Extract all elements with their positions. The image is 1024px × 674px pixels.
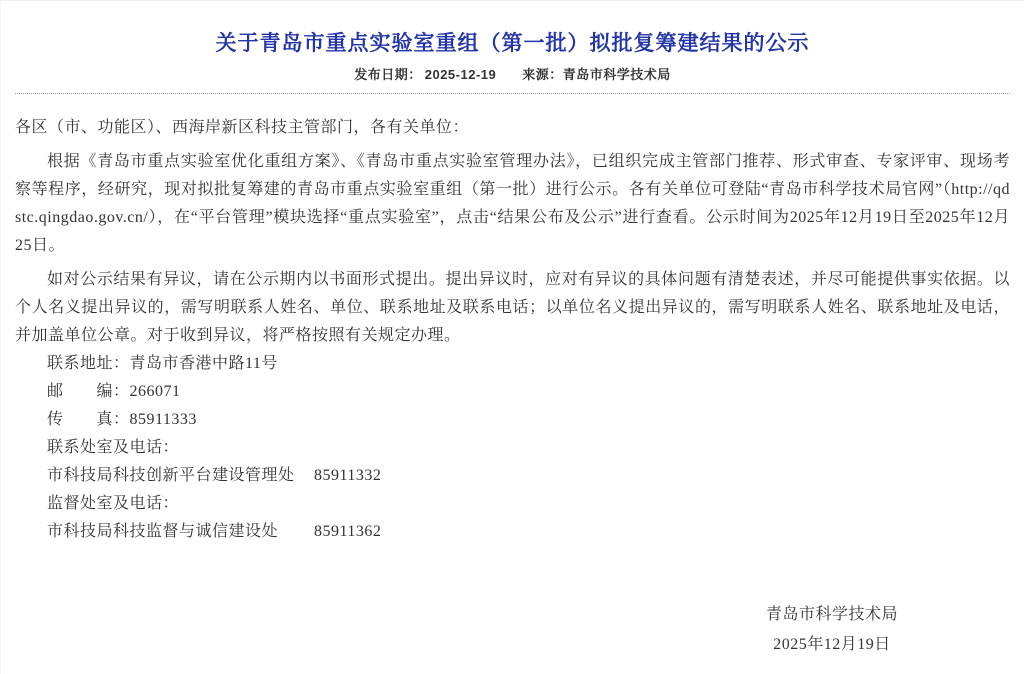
contact-block: 联系地址：青岛市香港中路11号 邮 编：266071 传 真：85911333 … <box>15 350 1010 546</box>
signature-org: 青岛市科学技术局 <box>766 601 898 629</box>
supervision-dept-name: 市科技局科技监督与诚信建设处 <box>47 518 314 546</box>
supervision-dept-row: 市科技局科技监督与诚信建设处85911362 <box>15 518 1010 546</box>
document-meta: 发布日期：2025-12-19来源：青岛市科学技术局 <box>1 64 1024 83</box>
source-label: 来源： <box>522 67 563 82</box>
publish-date-value: 2025-12-19 <box>425 67 497 82</box>
paragraph-objection: 如对公示结果有异议，请在公示期内以书面形式提出。提出异议时，应对有异议的具体问题… <box>15 266 1010 350</box>
source-group: 来源：青岛市科学技术局 <box>522 67 671 82</box>
source-value: 青岛市科学技术局 <box>563 67 671 82</box>
publish-date-label: 发布日期： <box>354 67 422 82</box>
postal-code: 邮 编：266071 <box>15 378 1010 406</box>
contact-dept-name: 市科技局科技创新平台建设管理处 <box>47 462 314 490</box>
document-title: 关于青岛市重点实验室重组（第一批）拟批复筹建结果的公示 <box>1 31 1024 57</box>
paragraph-notice-text-before: 根据《青岛市重点实验室优化重组方案》、《青岛市重点实验室管理办法》，已组织完成主… <box>15 153 1010 198</box>
page-header: 关于青岛市重点实验室重组（第一批）拟批复筹建结果的公示 发布日期：2025-12… <box>1 1 1024 83</box>
signature-inner: 青岛市科学技术局 2025年12月19日 <box>766 601 898 659</box>
paragraph-notice: 根据《青岛市重点实验室优化重组方案》、《青岛市重点实验室管理办法》，已组织完成主… <box>15 148 1010 260</box>
fax-number: 传 真：85911333 <box>15 406 1010 434</box>
paragraph-notice-text-after: ），在“平台管理”模块选择“重点实验室”，点击“结果公布及公示”进行查看。公示时… <box>15 209 1010 254</box>
announcement-page: 关于青岛市重点实验室重组（第一批）拟批复筹建结果的公示 发布日期：2025-12… <box>0 0 1024 674</box>
contact-dept-heading: 联系处室及电话： <box>15 434 1010 462</box>
supervision-dept-phone: 85911362 <box>314 523 381 540</box>
contact-dept-phone: 85911332 <box>314 467 381 484</box>
contact-address: 联系地址：青岛市香港中路11号 <box>15 350 1010 378</box>
greeting-line: 各区（市、功能区）、西海岸新区科技主管部门，各有关单位： <box>15 114 1010 142</box>
signature-block: 青岛市科学技术局 2025年12月19日 <box>15 601 1010 659</box>
document-body: 各区（市、功能区）、西海岸新区科技主管部门，各有关单位： 根据《青岛市重点实验室… <box>15 114 1010 659</box>
dotted-divider <box>15 93 1010 94</box>
signature-date: 2025年12月19日 <box>766 631 898 659</box>
contact-dept-row: 市科技局科技创新平台建设管理处85911332 <box>15 462 1010 490</box>
supervision-dept-heading: 监督处室及电话： <box>15 490 1010 518</box>
